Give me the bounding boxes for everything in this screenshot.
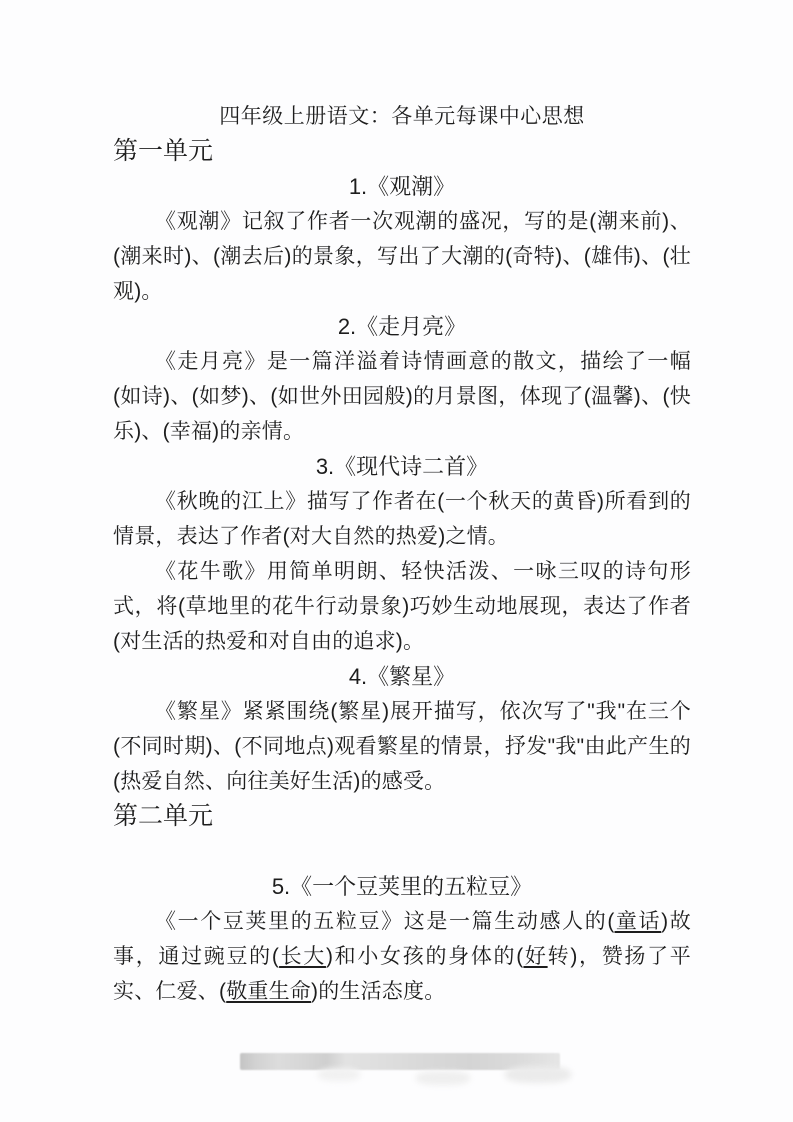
unit-2-label: 第二单元 [113,799,691,834]
underlined-term: 长大 [279,945,326,968]
redacted-watermark-blob [416,1071,470,1085]
unit-1-label: 第一单元 [113,134,691,169]
lesson-1-heading: 1.《观潮》 [113,169,691,204]
document-page: 四年级上册语文：各单元每课中心思想 第一单元 1.《观潮》 《观潮》记叙了作者一… [0,0,793,1122]
lesson-3-summary-1: 《秋晚的江上》描写了作者在(一个秋天的黄昏)所看到的情景，表达了作者(对大自然的… [113,484,691,554]
lesson-2-heading: 2.《走月亮》 [113,309,691,344]
lesson-4-summary: 《繁星》紧紧围绕(繁星)展开描写，依次写了"我"在三个(不同时期)、(不同地点)… [113,694,691,799]
lesson-3-summary-2: 《花牛歌》用简单明朗、轻快活泼、一咏三叹的诗句形式，将(草地里的花牛行动景象)巧… [113,554,691,659]
document-body: 四年级上册语文：各单元每课中心思想 第一单元 1.《观潮》 《观潮》记叙了作者一… [113,99,691,1009]
text-segment: )的生活态度。 [311,980,445,1003]
page-title: 四年级上册语文：各单元每课中心思想 [113,99,691,134]
blank-line [113,834,691,869]
underlined-term: 好 [523,945,547,968]
lesson-4-heading: 4.《繁星》 [113,659,691,694]
text-segment: 《一个豆荚里的五粒豆》这是一篇生动感人的( [155,910,615,933]
redacted-watermark-blob [318,1068,360,1081]
lesson-2-summary: 《走月亮》是一篇洋溢着诗情画意的散文，描绘了一幅(如诗)、(如梦)、(如世外田园… [113,344,691,449]
underlined-term: 童话 [615,910,662,933]
lesson-5-summary: 《一个豆荚里的五粒豆》这是一篇生动感人的(童话)故事，通过豌豆的(长大)和小女孩… [113,904,691,1009]
redacted-watermark-blob [505,1066,571,1083]
lesson-5-heading: 5.《一个豆荚里的五粒豆》 [113,869,691,904]
underlined-term: 敬重生命 [226,980,311,1003]
lesson-3-heading: 3.《现代诗二首》 [113,449,691,484]
lesson-1-summary: 《观潮》记叙了作者一次观潮的盛况，写的是(潮来前)、(潮来时)、(潮去后)的景象… [113,204,691,309]
text-segment: )和小女孩的身体的( [326,945,523,968]
